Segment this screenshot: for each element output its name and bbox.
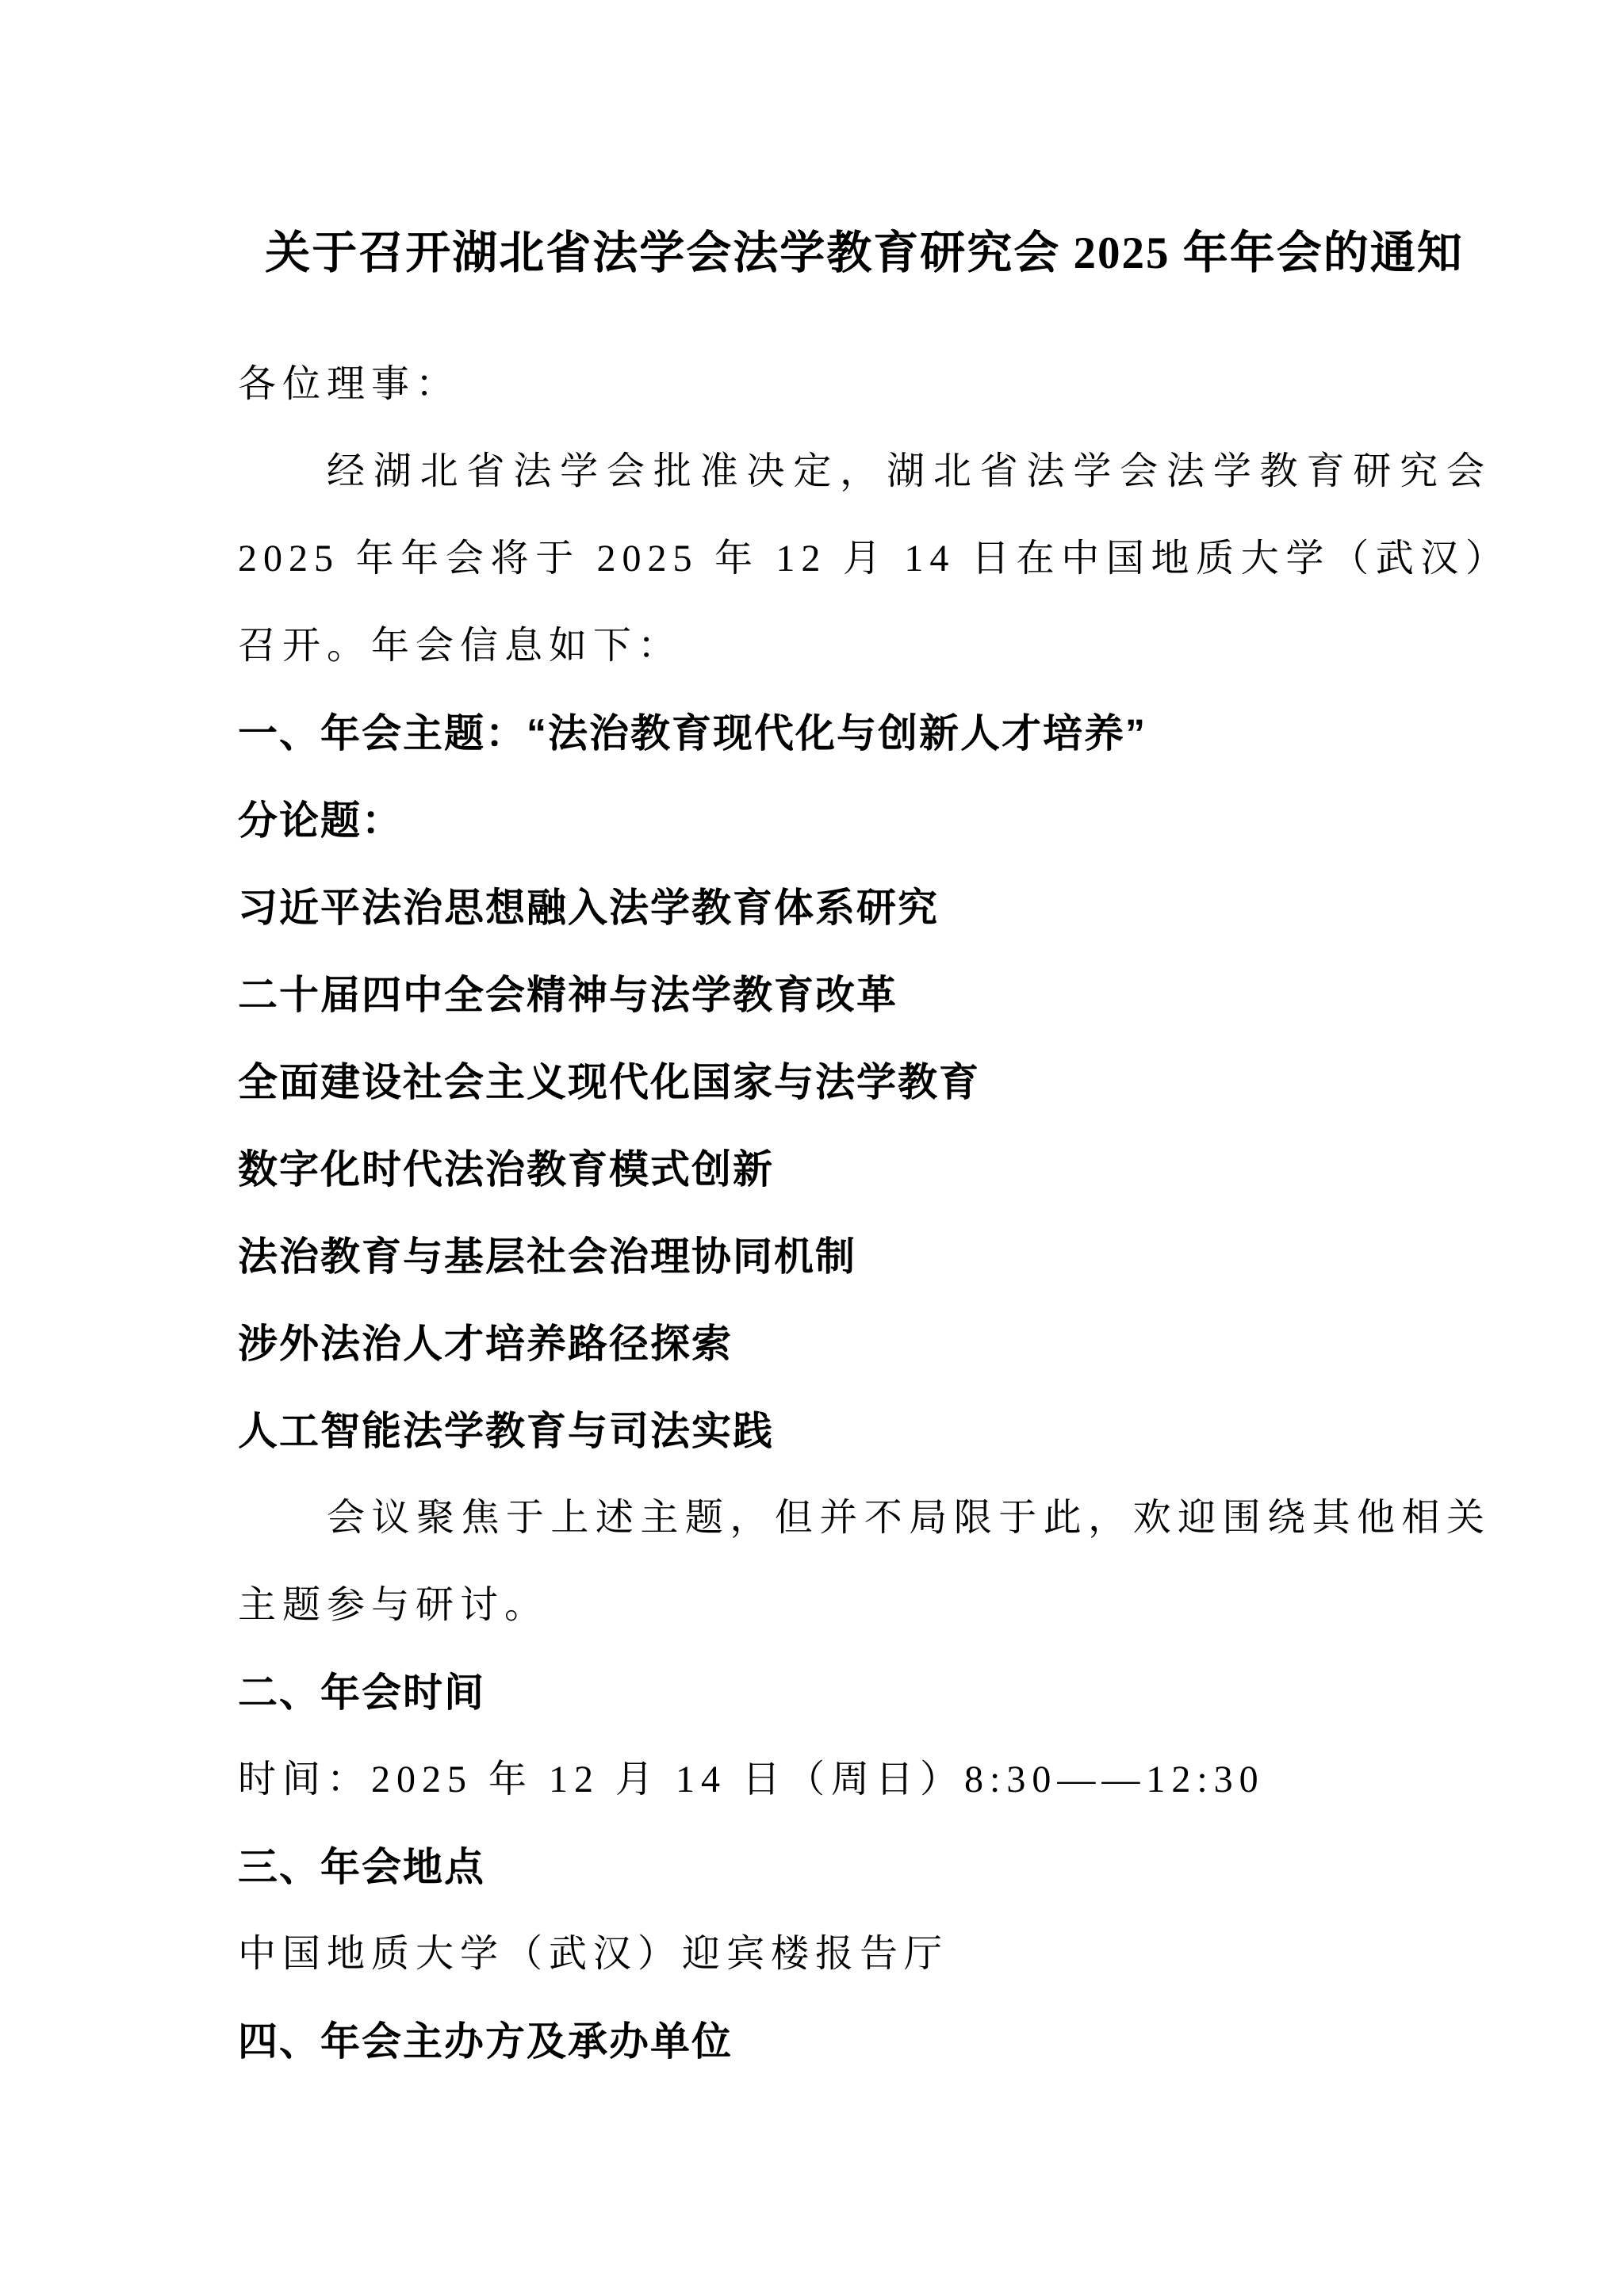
subtopics-label: 分论题：	[238, 777, 1491, 864]
section-2-body: 时间：2025 年 12 月 14 日（周日）8:30——12:30	[238, 1736, 1491, 1823]
section-2-heading: 二、年会时间	[238, 1649, 1491, 1736]
document-page: 关于召开湖北省法学会法学教育研究会 2025 年年会的通知 各位理事： 经湖北省…	[238, 206, 1491, 2085]
subtopic-item: 法治教育与基层社会治理协同机制	[238, 1213, 1491, 1300]
section-4-heading: 四、年会主办方及承办单位	[238, 1998, 1491, 2085]
intro-paragraph: 经湖北省法学会批准决定，湖北省法学会法学教育研究会 2025 年年会将于 202…	[238, 428, 1491, 690]
section-1-heading: 一、年会主题：“法治教育现代化与创新人才培养”	[238, 690, 1491, 777]
subtopic-item: 数字化时代法治教育模式创新	[238, 1126, 1491, 1213]
subtopic-item: 全面建设社会主义现代化国家与法学教育	[238, 1039, 1491, 1126]
document-title: 关于召开湖北省法学会法学教育研究会 2025 年年会的通知	[238, 206, 1491, 301]
subtopic-item: 涉外法治人才培养路径探索	[238, 1300, 1491, 1387]
salutation: 各位理事：	[238, 341, 1491, 428]
note-paragraph: 会议聚焦于上述主题，但并不局限于此，欢迎围绕其他相关主题参与研讨。	[238, 1475, 1491, 1649]
section-3-body: 中国地质大学（武汉）迎宾楼报告厅	[238, 1911, 1491, 1998]
subtopic-item: 习近平法治思想融入法学教育体系研究	[238, 864, 1491, 951]
subtopic-item: 二十届四中全会精神与法学教育改革	[238, 951, 1491, 1039]
section-3-heading: 三、年会地点	[238, 1823, 1491, 1911]
subtopic-item: 人工智能法学教育与司法实践	[238, 1387, 1491, 1475]
